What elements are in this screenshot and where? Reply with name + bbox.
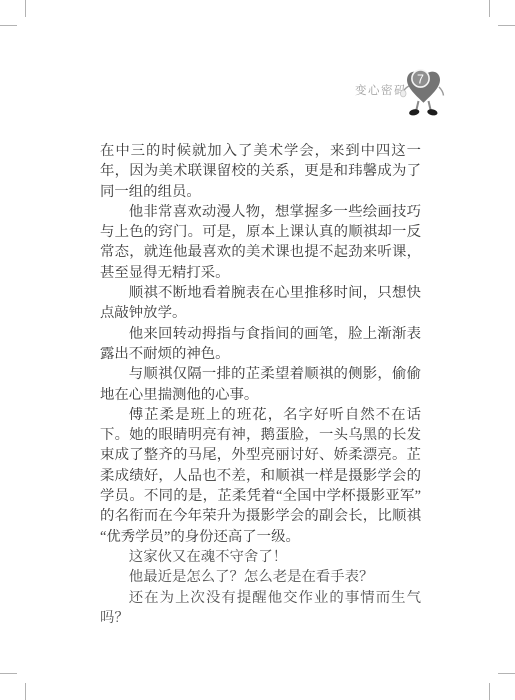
page-number: 7: [417, 72, 424, 86]
body-text: 在中三的时候就加入了美术学会，来到中四这一年，因为美术联课留校的关系，更是和玮馨…: [100, 141, 421, 628]
crop-mark: [498, 673, 515, 674]
mascot-hand: [400, 90, 406, 97]
book-page: 变心密码 7 在中三的时候就加入了美术学会，来到中四这一年，因为美术联课留校的关…: [0, 0, 515, 700]
crop-mark: [0, 673, 17, 674]
paragraph: 他非常喜欢动漫人物，想掌握多一些绘画技巧与上色的窍门。可是，原本上课认真的顺祺却…: [100, 202, 421, 283]
paragraph: 他来回转动拇指与食指间的画笔，脸上渐渐表露出不耐烦的神色。: [100, 324, 421, 365]
crop-mark: [498, 25, 515, 26]
mascot-shoe: [427, 108, 438, 116]
crop-mark: [489, 683, 490, 700]
paragraph-inner-monologue: 他最近是怎么了？怎么老是在看手表？: [100, 567, 421, 587]
crop-mark: [489, 0, 490, 17]
paragraph-inner-monologue: 还在为上次没有提醒他交作业的事情而生气吗？: [100, 588, 421, 629]
paragraph: 傅芷柔是班上的班花，名字好听自然不在话下。她的眼睛明亮有神，鹅蛋脸，一头乌黑的长…: [100, 405, 421, 547]
crop-mark: [25, 0, 26, 17]
paragraph: 顺祺不断地看着腕表在心里推移时间，只想快点敲钟放学。: [100, 283, 421, 324]
mascot-shoe: [408, 108, 419, 116]
paragraph-inner-monologue: 这家伙又在魂不守舍了！: [100, 547, 421, 567]
crop-mark: [25, 683, 26, 700]
heart-mascot-icon: 7: [400, 64, 447, 126]
crop-mark: [0, 25, 17, 26]
paragraph: 与顺祺仅隔一排的芷柔望着顺祺的侧影，偷偷地在心里揣测他的心事。: [100, 364, 421, 405]
paragraph: 在中三的时候就加入了美术学会，来到中四这一年，因为美术联课留校的关系，更是和玮馨…: [100, 141, 421, 202]
